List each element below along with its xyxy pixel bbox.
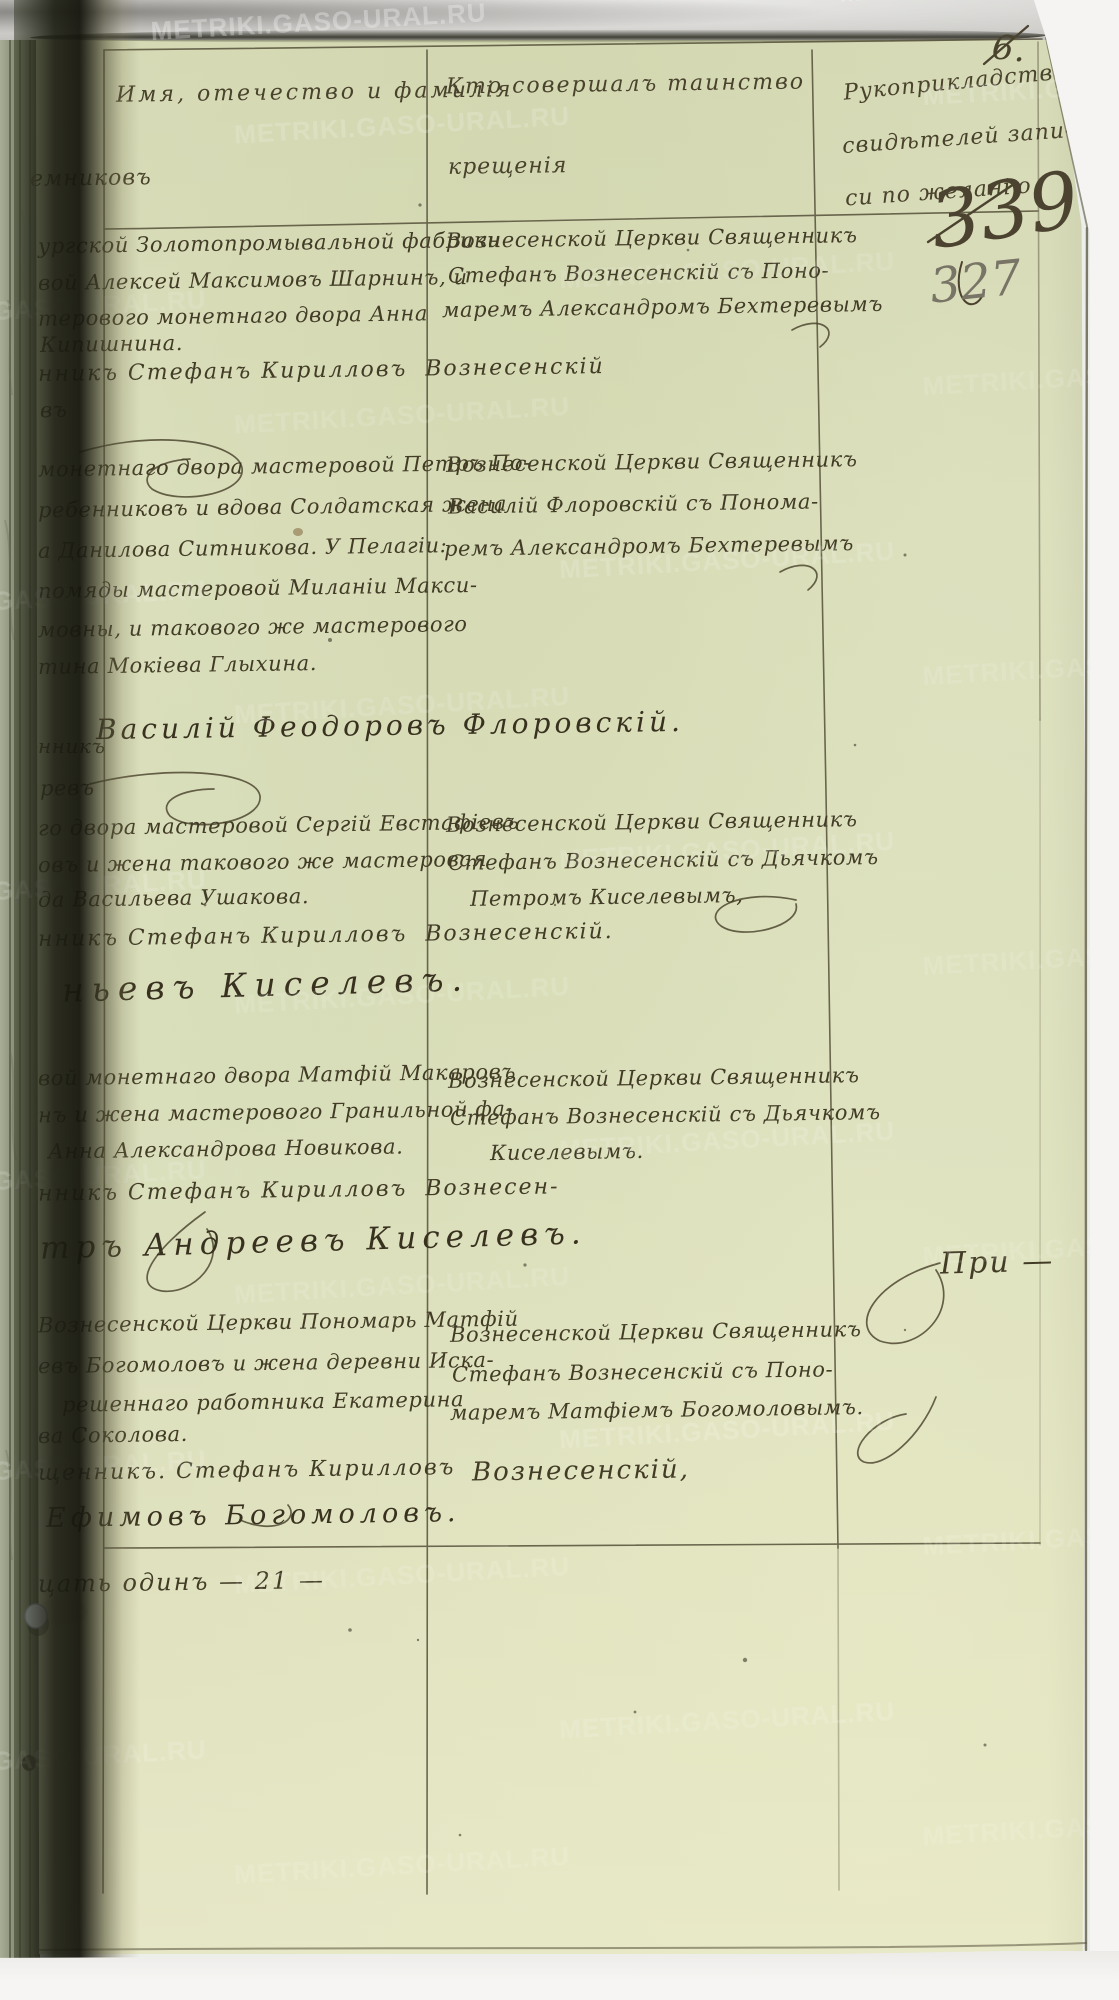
folio-number-old: 339 [925, 161, 1084, 261]
entry4-mid-line1: Вознесенской Церкви Священникъ [448, 1065, 860, 1092]
catchword: При — [940, 1246, 1055, 1279]
entry2-mid-line2: Василій Флоровскій съ Понома- [448, 491, 819, 517]
corner-page-number: 6. [990, 30, 1028, 67]
entry2-mid-line1: Вознесенской Церкви Священникъ [446, 449, 858, 476]
entry3-mid-line3: Петромъ Киселевымъ, [470, 885, 744, 910]
entry1-mid-line2: Стефанъ Вознесенскій съ Поно- [448, 260, 830, 286]
entry2-signature: Василій Феодоровъ Флоровскій. [96, 708, 684, 744]
entry5-mid-line4: Вознесенскій, [472, 1456, 690, 1485]
scanner-right-strip [1090, 226, 1119, 2000]
document-scan-page: Имя, отечество и фамилія емниковъ Кто со… [0, 0, 1119, 2000]
page-top-edge-shadow [30, 30, 1046, 43]
entry5-mid-line3: маремъ Матфіемъ Богомоловымъ. [450, 1397, 864, 1424]
entry5-mid-line1: Вознесенской Церкви Священникъ [450, 1319, 862, 1346]
header-col2-line2: крещенія [448, 155, 568, 179]
entry2-mid-line3: ремъ Александромъ Бехтеревымъ [444, 533, 854, 560]
entry1-mid-line1: Вознесенской Церкви Священникъ [446, 225, 858, 252]
entry4-mid-line3: Киселевымъ. [490, 1141, 644, 1164]
book-gutter-shadow [14, 0, 140, 2000]
entry3-mid-line1: Вознесенской Церкви Священникъ [446, 809, 858, 836]
scanner-bottom-strip [0, 1951, 1119, 2000]
header-col2-line1: Кто совершалъ таинство [446, 71, 805, 98]
entry5-mid-line2: Стефанъ Вознесенскій съ Поно- [452, 1359, 834, 1385]
folio-number-new: 327 [928, 253, 1024, 310]
